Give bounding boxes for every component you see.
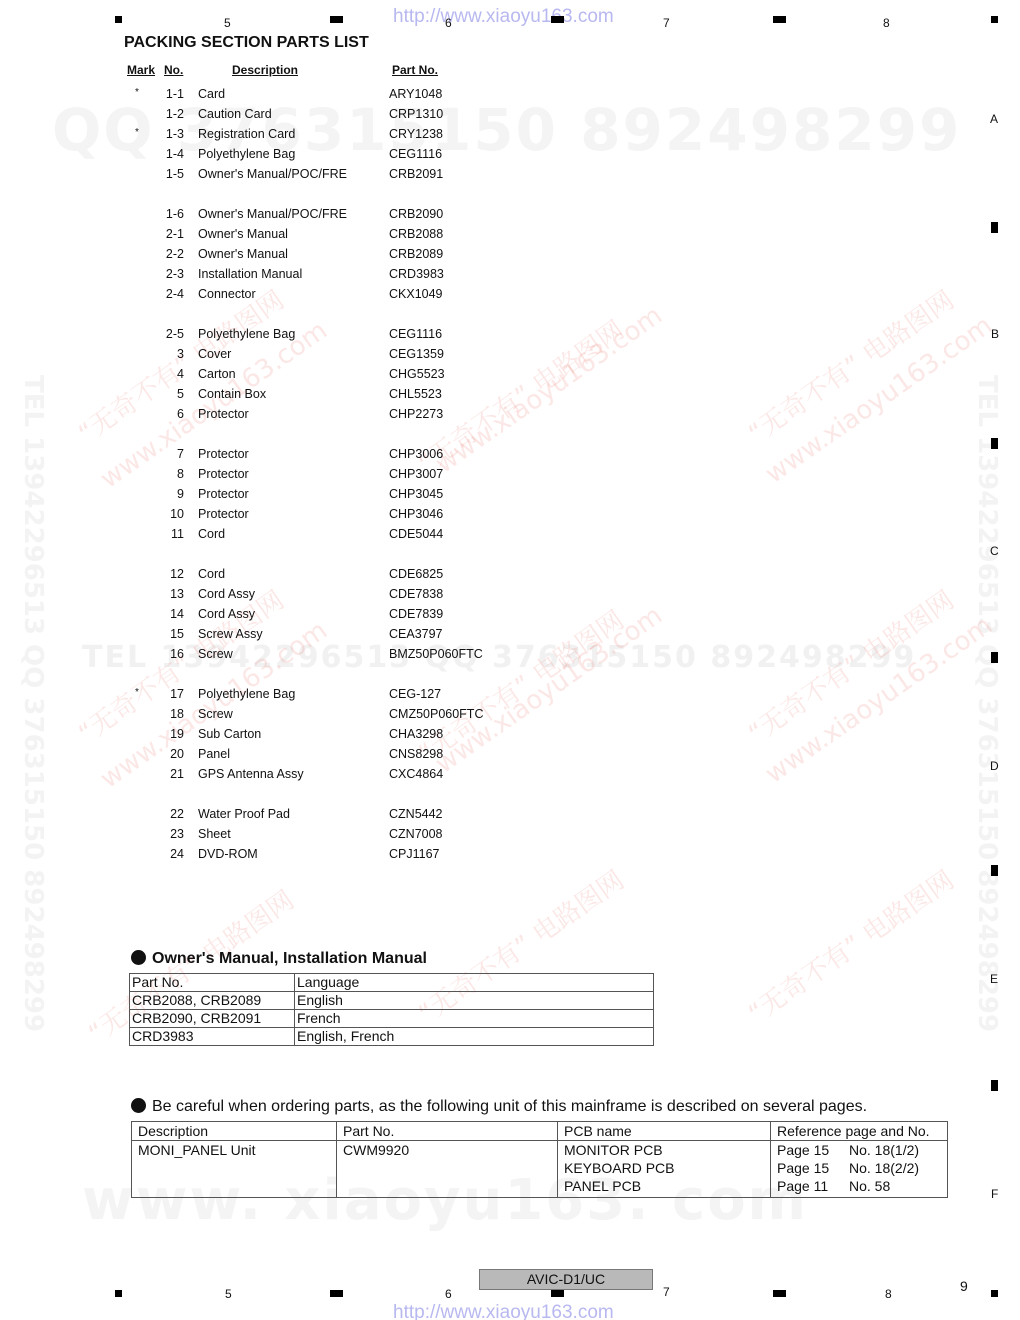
- pcb-name-cell: MONITOR PCB KEYBOARD PCB PANEL PCB: [558, 1141, 771, 1198]
- group-spacer: [0, 306, 600, 326]
- column-header-description: Description: [232, 63, 298, 77]
- item-part-number: CHA3298: [389, 727, 443, 741]
- parts-list: *1-1CardARY10481-2Caution CardCRP1310*1-…: [0, 86, 600, 866]
- column-header-mark: Mark: [127, 63, 155, 77]
- item-part-number: CEG-127: [389, 687, 441, 701]
- frame-marker: [115, 1290, 122, 1297]
- item-description: Polyethylene Bag: [198, 687, 295, 701]
- item-description: Cover: [198, 347, 231, 361]
- item-part-number: CRB2088: [389, 227, 443, 241]
- item-description: Registration Card: [198, 127, 295, 141]
- item-part-number: CKX1049: [389, 287, 443, 301]
- item-part-number: CPJ1167: [389, 847, 440, 861]
- parts-row: 21GPS Antenna AssyCXC4864: [0, 766, 600, 786]
- manual-section-title-text: Owner's Manual, Installation Manual: [152, 950, 427, 967]
- parts-row: 18ScrewCMZ50P060FTC: [0, 706, 600, 726]
- parts-row: 24DVD-ROMCPJ1167: [0, 846, 600, 866]
- parts-row: 2-3Installation ManualCRD3983: [0, 266, 600, 286]
- frame-marker: [115, 16, 122, 23]
- item-number: 2-3: [162, 267, 184, 281]
- parts-row: 2-4ConnectorCKX1049: [0, 286, 600, 306]
- item-description: Cord: [198, 567, 225, 581]
- item-part-number: CRB2089: [389, 247, 443, 261]
- item-number: 2-1: [162, 227, 184, 241]
- parts-row: 5Contain BoxCHL5523: [0, 386, 600, 406]
- item-part-number: CDE7838: [389, 587, 443, 601]
- item-number: 2-4: [162, 287, 184, 301]
- item-description: Contain Box: [198, 387, 266, 401]
- table-cell: CRB2090, CRB2091: [130, 1010, 295, 1028]
- item-description: Installation Manual: [198, 267, 302, 281]
- table-header-cell: Description: [132, 1122, 337, 1141]
- item-description: Protector: [198, 467, 249, 481]
- item-description: Protector: [198, 487, 249, 501]
- item-number: 5: [162, 387, 184, 401]
- table-header-cell: Language: [295, 974, 654, 992]
- row-letter: E: [990, 972, 998, 986]
- item-description: DVD-ROM: [198, 847, 258, 861]
- multi-page-unit-table: Description Part No. PCB name Reference …: [131, 1121, 948, 1198]
- group-spacer: [0, 186, 600, 206]
- frame-marker: [330, 1290, 343, 1297]
- item-number: 23: [162, 827, 184, 841]
- table-row: MONI_PANEL Unit CWM9920 MONITOR PCB KEYB…: [132, 1141, 948, 1198]
- table-row: CRB2090, CRB2091 French: [130, 1010, 654, 1028]
- footer-url-watermark: http://www.xiaoyu163.com: [393, 1302, 614, 1320]
- column-number: 8: [885, 1287, 892, 1301]
- mark-cell: *: [135, 127, 139, 138]
- column-number: 5: [224, 16, 231, 30]
- table-header-cell: Part No.: [337, 1122, 558, 1141]
- item-number: 9: [162, 487, 184, 501]
- group-spacer: [0, 666, 600, 686]
- reference-no: No. 18(2/2): [849, 1160, 919, 1176]
- column-number: 7: [663, 1285, 670, 1299]
- reference-page: Page 15: [777, 1141, 849, 1159]
- item-part-number: CHP3007: [389, 467, 443, 481]
- item-part-number: CDE6825: [389, 567, 443, 581]
- table-cell: CRB2088, CRB2089: [130, 992, 295, 1010]
- parts-row: 11CordCDE5044: [0, 526, 600, 546]
- reference-line: Page 11No. 58: [777, 1177, 941, 1195]
- item-number: 1-6: [162, 207, 184, 221]
- item-number: 1-1: [162, 87, 184, 101]
- table-header-row: Part No. Language: [130, 974, 654, 992]
- parts-row: 7ProtectorCHP3006: [0, 446, 600, 466]
- item-number: 21: [162, 767, 184, 781]
- item-number: 8: [162, 467, 184, 481]
- item-part-number: CZN5442: [389, 807, 443, 821]
- item-number: 6: [162, 407, 184, 421]
- item-number: 19: [162, 727, 184, 741]
- item-number: 2-2: [162, 247, 184, 261]
- parts-row: 14Cord AssyCDE7839: [0, 606, 600, 626]
- bullet-icon: [131, 1098, 146, 1113]
- item-part-number: BMZ50P060FTC: [389, 647, 483, 661]
- item-number: 18: [162, 707, 184, 721]
- column-number: 6: [445, 16, 452, 30]
- frame-marker: [551, 16, 564, 23]
- parts-row: 2-1Owner's ManualCRB2088: [0, 226, 600, 246]
- item-number: 20: [162, 747, 184, 761]
- item-number: 22: [162, 807, 184, 821]
- frame-marker: [991, 1080, 998, 1091]
- frame-marker: [991, 16, 998, 23]
- item-part-number: CRB2091: [389, 167, 443, 181]
- item-number: 16: [162, 647, 184, 661]
- pcb-name: MONITOR PCB: [564, 1141, 764, 1159]
- item-description: GPS Antenna Assy: [198, 767, 304, 781]
- item-part-number: CRP1310: [389, 107, 443, 121]
- parts-row: 12CordCDE6825: [0, 566, 600, 586]
- item-description: Connector: [198, 287, 256, 301]
- item-number: 13: [162, 587, 184, 601]
- table-cell: CRD3983: [130, 1028, 295, 1046]
- item-number: 1-4: [162, 147, 184, 161]
- parts-row: 13Cord AssyCDE7838: [0, 586, 600, 606]
- manual-language-table: Part No. Language CRB2088, CRB2089 Engli…: [129, 973, 654, 1046]
- parts-row: *17Polyethylene BagCEG-127: [0, 686, 600, 706]
- reference-no: No. 18(1/2): [849, 1142, 919, 1158]
- item-part-number: CXC4864: [389, 767, 443, 781]
- parts-row: 8ProtectorCHP3007: [0, 466, 600, 486]
- frame-marker: [773, 16, 786, 23]
- reference-page: Page 11: [777, 1177, 849, 1195]
- column-header-part-no: Part No.: [392, 63, 438, 77]
- reference-page: Page 15: [777, 1159, 849, 1177]
- item-description: Owner's Manual: [198, 247, 288, 261]
- item-number: 1-3: [162, 127, 184, 141]
- item-number: 12: [162, 567, 184, 581]
- frame-marker: [551, 1290, 564, 1297]
- item-description: Protector: [198, 507, 249, 521]
- watermark-cn-slogan: “无奇不有” 电路图网: [740, 860, 960, 1030]
- parts-row: 6ProtectorCHP2273: [0, 406, 600, 426]
- table-row: CRD3983 English, French: [130, 1028, 654, 1046]
- column-header-no: No.: [164, 63, 183, 77]
- parts-row: 16ScrewBMZ50P060FTC: [0, 646, 600, 666]
- item-part-number: CRY1238: [389, 127, 443, 141]
- table-cell: English, French: [295, 1028, 654, 1046]
- caution-section-title-text: Be careful when ordering parts, as the f…: [152, 1098, 867, 1115]
- item-part-number: CHP2273: [389, 407, 443, 421]
- table-cell: CWM9920: [337, 1141, 558, 1198]
- group-spacer: [0, 546, 600, 566]
- item-part-number: CDE5044: [389, 527, 443, 541]
- parts-row: 20PanelCNS8298: [0, 746, 600, 766]
- item-description: Water Proof Pad: [198, 807, 290, 821]
- row-letter: F: [991, 1187, 998, 1201]
- item-number: 15: [162, 627, 184, 641]
- reference-line: Page 15No. 18(1/2): [777, 1141, 941, 1159]
- item-part-number: CHL5523: [389, 387, 442, 401]
- row-letter: A: [990, 112, 998, 126]
- table-header-row: Description Part No. PCB name Reference …: [132, 1122, 948, 1141]
- item-number: 1-5: [162, 167, 184, 181]
- item-description: Panel: [198, 747, 230, 761]
- table-header-cell: PCB name: [558, 1122, 771, 1141]
- parts-row: *1-3Registration CardCRY1238: [0, 126, 600, 146]
- item-description: Cord Assy: [198, 587, 255, 601]
- frame-marker: [991, 652, 998, 663]
- item-description: Protector: [198, 447, 249, 461]
- pcb-name: PANEL PCB: [564, 1177, 764, 1195]
- header-url-watermark: http://www.xiaoyu163.com: [393, 6, 614, 28]
- row-letter: C: [990, 544, 999, 558]
- item-description: Cord Assy: [198, 607, 255, 621]
- item-description: Protector: [198, 407, 249, 421]
- column-number: 8: [883, 16, 890, 30]
- parts-row: 2-2Owner's ManualCRB2089: [0, 246, 600, 266]
- parts-row: *1-1CardARY1048: [0, 86, 600, 106]
- item-description: Polyethylene Bag: [198, 147, 295, 161]
- column-number: 7: [663, 16, 670, 30]
- caution-section-title: Be careful when ordering parts, as the f…: [131, 1098, 867, 1116]
- item-number: 4: [162, 367, 184, 381]
- item-number: 1-2: [162, 107, 184, 121]
- item-part-number: CEG1116: [389, 147, 442, 161]
- item-description: Screw Assy: [198, 627, 263, 641]
- item-description: Owner's Manual/POC/FRE: [198, 167, 347, 181]
- group-spacer: [0, 426, 600, 446]
- item-part-number: CRD3983: [389, 267, 444, 281]
- reference-cell: Page 15No. 18(1/2) Page 15No. 18(2/2) Pa…: [771, 1141, 948, 1198]
- item-description: Owner's Manual/POC/FRE: [198, 207, 347, 221]
- item-number: 17: [162, 687, 184, 701]
- manual-section-title: Owner's Manual, Installation Manual: [131, 950, 427, 968]
- parts-row: 9ProtectorCHP3045: [0, 486, 600, 506]
- item-part-number: CNS8298: [389, 747, 443, 761]
- parts-row: 3CoverCEG1359: [0, 346, 600, 366]
- bullet-icon: [131, 950, 146, 965]
- parts-row: 23SheetCZN7008: [0, 826, 600, 846]
- item-part-number: CZN7008: [389, 827, 443, 841]
- mark-cell: *: [135, 687, 139, 698]
- item-part-number: CHP3006: [389, 447, 443, 461]
- item-description: Screw: [198, 647, 233, 661]
- row-letter: B: [991, 327, 999, 341]
- item-part-number: CEG1116: [389, 327, 442, 341]
- item-description: Sheet: [198, 827, 231, 841]
- parts-row: 1-4Polyethylene BagCEG1116: [0, 146, 600, 166]
- item-description: Polyethylene Bag: [198, 327, 295, 341]
- table-cell: English: [295, 992, 654, 1010]
- item-description: Owner's Manual: [198, 227, 288, 241]
- frame-marker: [773, 1290, 786, 1297]
- item-part-number: CMZ50P060FTC: [389, 707, 483, 721]
- row-letter: D: [990, 759, 999, 773]
- item-description: Card: [198, 87, 225, 101]
- frame-marker: [330, 16, 343, 23]
- item-part-number: CEG1359: [389, 347, 444, 361]
- page-number: 9: [960, 1278, 968, 1294]
- model-label: AVIC-D1/UC: [479, 1269, 653, 1290]
- frame-marker: [991, 1290, 998, 1297]
- item-number: 3: [162, 347, 184, 361]
- frame-marker: [991, 222, 998, 233]
- item-part-number: CEA3797: [389, 627, 443, 641]
- item-part-number: CDE7839: [389, 607, 443, 621]
- parts-row: 2-5Polyethylene BagCEG1116: [0, 326, 600, 346]
- item-description: Screw: [198, 707, 233, 721]
- watermark-vertical-right: TEL 13942296513 QQ 376315150 892498299: [972, 375, 1002, 1032]
- reference-line: Page 15No. 18(2/2): [777, 1159, 941, 1177]
- parts-row: 10ProtectorCHP3046: [0, 506, 600, 526]
- item-description: Caution Card: [198, 107, 272, 121]
- mark-cell: *: [135, 87, 139, 98]
- item-part-number: ARY1048: [389, 87, 442, 101]
- item-part-number: CRB2090: [389, 207, 443, 221]
- table-row: CRB2088, CRB2089 English: [130, 992, 654, 1010]
- item-number: 24: [162, 847, 184, 861]
- group-spacer: [0, 786, 600, 806]
- column-number: 6: [445, 1287, 452, 1301]
- parts-row: 22Water Proof PadCZN5442: [0, 806, 600, 826]
- parts-row: 1-2Caution CardCRP1310: [0, 106, 600, 126]
- table-header-cell: Reference page and No.: [771, 1122, 948, 1141]
- table-header-cell: Part No.: [130, 974, 295, 992]
- table-cell: MONI_PANEL Unit: [132, 1141, 337, 1198]
- item-description: Sub Carton: [198, 727, 261, 741]
- parts-row: 1-5Owner's Manual/POC/FRECRB2091: [0, 166, 600, 186]
- item-part-number: CHP3046: [389, 507, 443, 521]
- item-number: 14: [162, 607, 184, 621]
- item-number: 7: [162, 447, 184, 461]
- parts-row: 15Screw AssyCEA3797: [0, 626, 600, 646]
- table-cell: French: [295, 1010, 654, 1028]
- parts-row: 19Sub CartonCHA3298: [0, 726, 600, 746]
- pcb-name: KEYBOARD PCB: [564, 1159, 764, 1177]
- item-number: 10: [162, 507, 184, 521]
- frame-marker: [991, 438, 998, 449]
- item-description: Cord: [198, 527, 225, 541]
- column-number: 5: [225, 1287, 232, 1301]
- page-title: PACKING SECTION PARTS LIST: [124, 34, 369, 52]
- item-description: Carton: [198, 367, 236, 381]
- frame-marker: [991, 865, 998, 876]
- item-part-number: CHG5523: [389, 367, 445, 381]
- item-number: 2-5: [162, 327, 184, 341]
- item-part-number: CHP3045: [389, 487, 443, 501]
- item-number: 11: [162, 527, 184, 541]
- parts-row: 1-6Owner's Manual/POC/FRECRB2090: [0, 206, 600, 226]
- reference-no: No. 58: [849, 1178, 890, 1194]
- parts-row: 4CartonCHG5523: [0, 366, 600, 386]
